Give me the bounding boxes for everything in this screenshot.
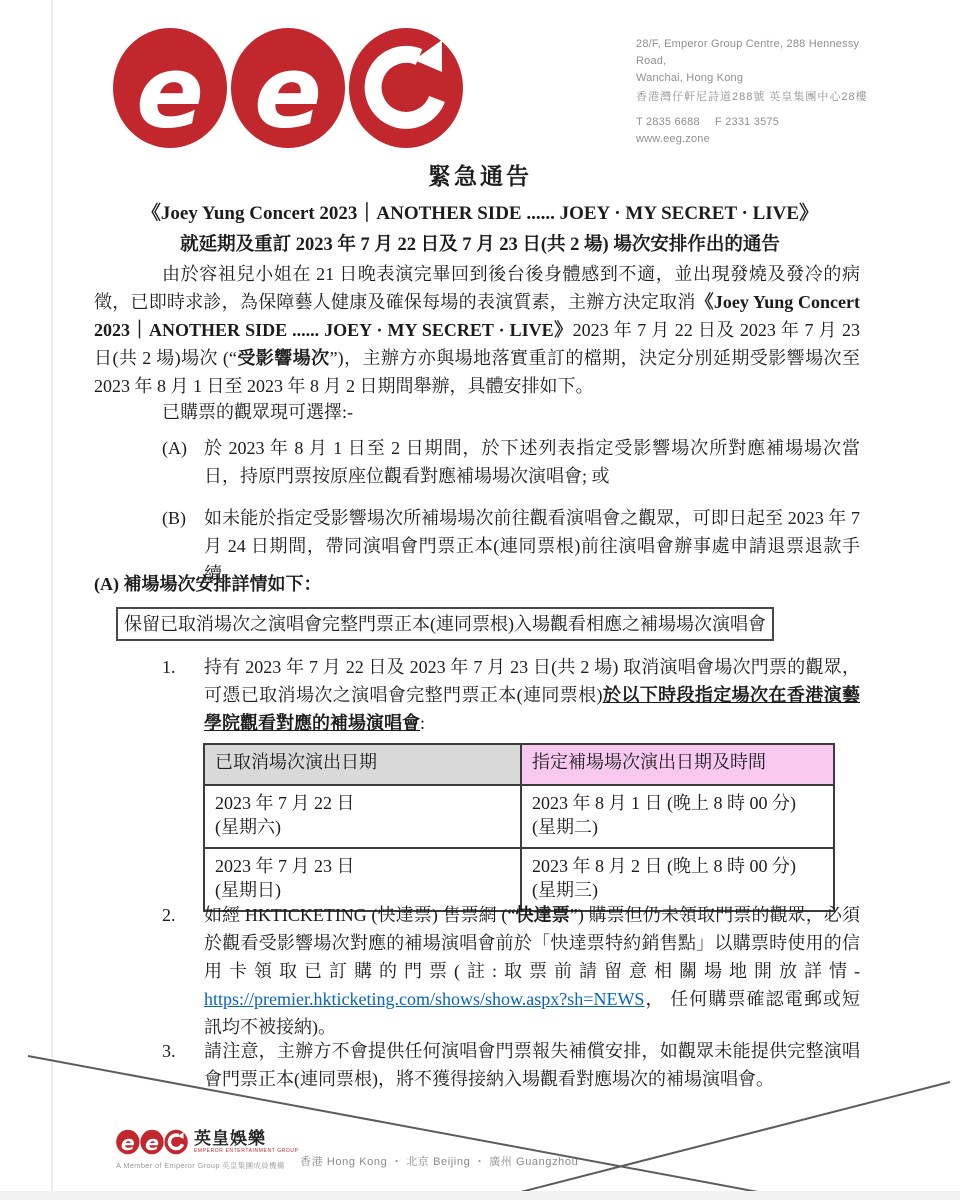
footer-brand-block: e e 英皇娛樂 EMPEROR ENTERTAINMENT GROUP A M… — [116, 1129, 299, 1171]
numbered-item-3: 3. 請注意，主辦方不會提供任何演唱會門票報失補償安排，如觀眾未能提供完整演唱會… — [94, 1037, 860, 1093]
option-a-text: 於 2023 年 8 月 1 日至 2 日期間，於下述列表指定受影響場次所對應補… — [204, 434, 860, 490]
title-block: 緊急通告 《Joey Yung Concert 2023｜ANOTHER SID… — [0, 158, 960, 256]
cancelled-date: 2023 年 7 月 23 日 — [215, 854, 510, 878]
text-segment: 快達票 — [515, 905, 569, 925]
notice-subtitle: 就延期及重訂 2023 年 7 月 22 日及 7 月 23 日(共 2 場) … — [0, 230, 960, 256]
concert-name-title: 《Joey Yung Concert 2023｜ANOTHER SIDE ...… — [0, 198, 960, 225]
footer-logo-circle-e1: e — [116, 1130, 139, 1155]
item-1-number: 1. — [94, 653, 204, 737]
telephone-number: T 2835 6688 — [636, 116, 700, 128]
item-3-text: 請注意，主辦方不會提供任何演唱會門票報失補償安排，如觀眾未能提供完整演唱會門票正… — [204, 1037, 860, 1093]
table-row: 2023 年 7 月 22 日 (星期六) 2023 年 8 月 1 日 (晚上… — [204, 785, 834, 848]
eeg-logo-circle-e2: e — [231, 28, 345, 150]
contact-line: T 2835 6688 F 2331 3575 www.eeg.zone — [636, 114, 871, 148]
footer-cities-line: 香港 Hong Kong ・ 北京 Beijing ・ 廣州 Guangzhou — [300, 1153, 578, 1169]
table-header-replacement: 指定補場場次演出日期及時間 — [521, 744, 834, 785]
replacement-weekday: (星期二) — [532, 815, 823, 839]
footer-member-line: A Member of Emperor Group 英皇集團成員機構 — [116, 1160, 299, 1171]
address-line-chinese: 香港灣仔軒尼詩道288號 英皇集團中心28樓 — [636, 89, 871, 106]
text-segment: 請注意，主辦方不會提供任何演唱會門票報失補償安排，如觀眾未能提供完整演唱會門票正… — [204, 1041, 860, 1089]
notice-document-page: e e 28/F, Emperor Group Centre, 288 Henn… — [0, 0, 960, 1200]
logo-letter-e: e — [254, 34, 322, 151]
diagonal-line-right — [466, 1082, 950, 1200]
notice-title: 緊急通告 — [0, 158, 960, 191]
option-a-label: (A) — [94, 434, 204, 490]
item-2-number: 2. — [94, 901, 204, 1041]
replacement-weekday: (星期三) — [532, 878, 823, 902]
item-1-text: 持有 2023 年 7 月 22 日及 2023 年 7 月 23 日(共 2 … — [204, 653, 860, 737]
eeg-footer-logo: e e — [116, 1129, 188, 1155]
choose-line: 已購票的觀眾現可選擇:- — [94, 398, 860, 426]
address-line-1: 28/F, Emperor Group Centre, 288 Hennessy… — [636, 36, 871, 70]
eeg-logo-circle-e1: e — [113, 28, 227, 150]
cancelled-weekday: (星期六) — [215, 815, 510, 839]
letterhead-address: 28/F, Emperor Group Centre, 288 Hennessy… — [636, 36, 871, 148]
fax-number: F 2331 3575 — [715, 116, 779, 128]
cancelled-weekday: (星期日) — [215, 878, 510, 902]
section-a-heading: (A) 補場場次安排詳情如下： — [94, 570, 322, 596]
text-segment: 受影響場次 — [237, 348, 330, 368]
replacement-date: 2023 年 8 月 2 日 (晚上 8 時 00 分) — [532, 854, 823, 878]
footer-brand-english: EMPEROR ENTERTAINMENT GROUP — [194, 1148, 299, 1154]
footer-logo-g-arrow-icon — [164, 1130, 187, 1155]
footer-logo-letter-e: e — [121, 1131, 135, 1155]
text-segment: : — [420, 713, 425, 733]
option-a-row: (A) 於 2023 年 8 月 1 日至 2 日期間，於下述列表指定受影響場次… — [94, 434, 860, 490]
logo-g-arrow-icon — [349, 28, 463, 148]
cancelled-date-cell: 2023 年 7 月 22 日 (星期六) — [204, 785, 521, 848]
text-segment: 如經 HKTICKETING (快達票) 售票網 (“ — [204, 905, 515, 925]
ticketing-hyperlink[interactable]: https://premier.hkticketing.com/shows/sh… — [204, 989, 644, 1009]
replacement-date-cell: 2023 年 8 月 1 日 (晚上 8 時 00 分) (星期二) — [521, 785, 834, 848]
footer-brand-text: 英皇娛樂 EMPEROR ENTERTAINMENT GROUP — [194, 1129, 299, 1154]
table-header-cancelled: 已取消場次演出日期 — [204, 744, 521, 785]
intro-paragraph: 由於容祖兒小姐在 21 日晚表演完畢回到後台後身體感到不適，並出現發燒及發冷的病… — [94, 260, 860, 400]
footer-logo-circle-e2: e — [140, 1130, 163, 1155]
numbered-item-1: 1. 持有 2023 年 7 月 22 日及 2023 年 7 月 23 日(共… — [94, 653, 860, 737]
boxed-note: 保留已取消場次之演唱會完整門票正本(連同票根)入場觀看相應之補場場次演唱會 — [116, 607, 774, 641]
table-header-row: 已取消場次演出日期 指定補場場次演出日期及時間 — [204, 744, 834, 785]
cancelled-date: 2023 年 7 月 22 日 — [215, 791, 510, 815]
item-2-text: 如經 HKTICKETING (快達票) 售票網 (“快達票”) 購票但仍未領取… — [204, 901, 860, 1041]
logo-letter-e: e — [136, 34, 204, 151]
item-3-number: 3. — [94, 1037, 204, 1093]
footer-logo-letter-e: e — [145, 1131, 159, 1155]
address-line-2: Wanchai, Hong Kong — [636, 70, 871, 87]
eeg-logo: e e — [112, 26, 464, 150]
numbered-item-2: 2. 如經 HKTICKETING (快達票) 售票網 (“快達票”) 購票但仍… — [94, 901, 860, 1041]
website-url: www.eeg.zone — [636, 133, 710, 145]
footer-brand-chinese: 英皇娛樂 — [194, 1129, 299, 1148]
replacement-date: 2023 年 8 月 1 日 (晚上 8 時 00 分) — [532, 791, 823, 815]
page-bottom-edge-shadow — [0, 1191, 960, 1200]
schedule-table: 已取消場次演出日期 指定補場場次演出日期及時間 2023 年 7 月 22 日 … — [203, 743, 835, 912]
